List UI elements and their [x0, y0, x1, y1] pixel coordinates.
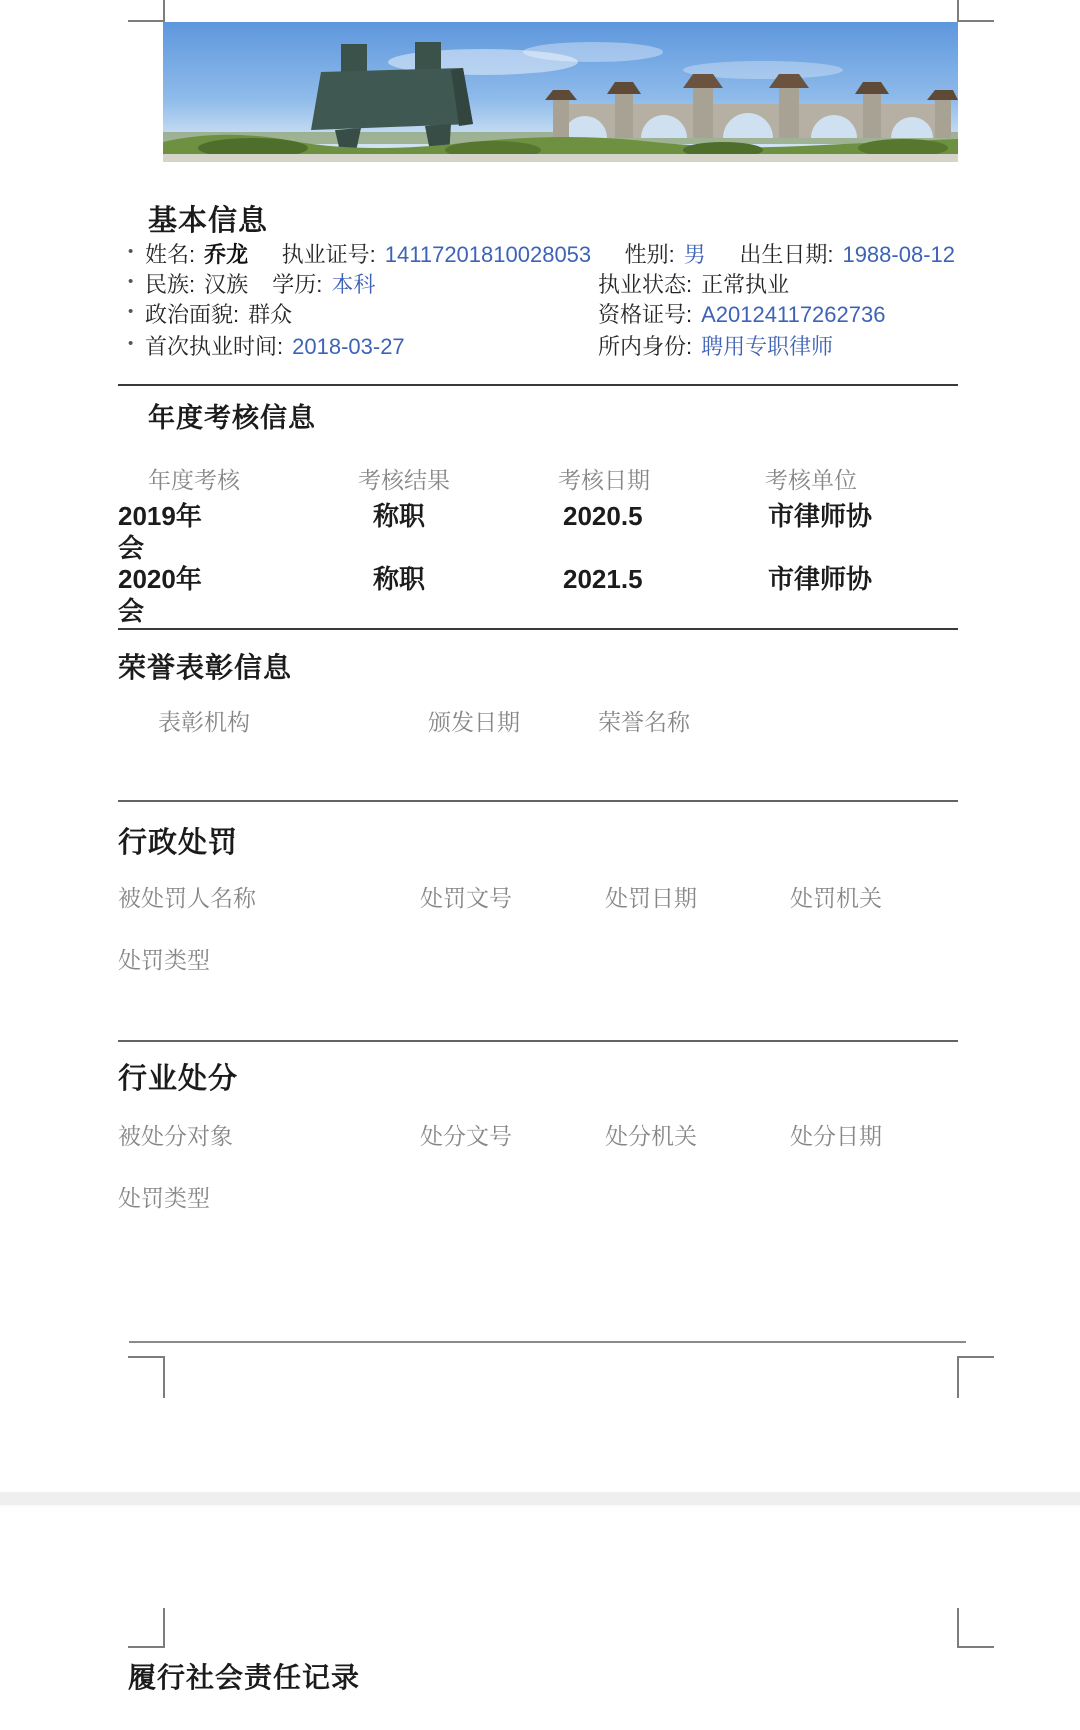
first-practice-value[interactable]: 2018-03-27 — [292, 334, 405, 359]
penalty-header-date: 处罚日期 — [605, 880, 697, 913]
bullet-icon: • — [128, 335, 133, 352]
section-divider — [118, 1040, 958, 1042]
honor-header-date: 颁发日期 — [428, 704, 520, 737]
banner-landscape-illustration — [163, 22, 958, 162]
firm-role-label: 所内身份: — [598, 334, 692, 359]
annual-result-cell: 称职 — [373, 563, 563, 595]
crop-mark-top-left-horizontal — [128, 20, 165, 22]
honor-header-name: 荣誉名称 — [598, 704, 690, 737]
penalty-header-type: 处罚类型 — [118, 942, 210, 975]
qualification-label: 资格证号: — [598, 302, 692, 327]
crop-mark-page2-left-vertical — [163, 1608, 165, 1648]
crop-mark-top-left-vertical — [163, 0, 165, 21]
qualification-field: 资格证号:A20124117262736 — [598, 298, 885, 329]
political-field: 政治面貌:群众 — [145, 298, 292, 329]
section-title-honors: 荣誉表彰信息 — [118, 646, 292, 686]
birth-field: 出生日期:1988-08-12 — [739, 238, 955, 269]
annual-result-cell: 称职 — [373, 500, 563, 532]
section-title-basic-info: 基本信息 — [148, 198, 268, 239]
status-label: 执业状态: — [598, 272, 692, 297]
birth-label: 出生日期: — [739, 242, 833, 267]
birth-value[interactable]: 1988-08-12 — [842, 242, 955, 267]
annual-header-date: 考核日期 — [558, 462, 650, 495]
crop-mark-page2-right-horizontal — [957, 1646, 994, 1648]
firm-role-field: 所内身份:聘用专职律师 — [598, 330, 833, 361]
ethnic-value: 汉族 — [204, 272, 248, 297]
name-field: 姓名:乔龙 — [145, 238, 248, 269]
edu-value[interactable]: 本科 — [331, 272, 375, 297]
section-title-social-responsibility: 履行社会责任记录 — [128, 1656, 360, 1696]
license-field: 执业证号:14117201810028053 — [282, 238, 592, 269]
annual-header-result: 考核结果 — [358, 462, 450, 495]
penalty-header-docno: 处罚文号 — [420, 880, 512, 913]
qualification-value[interactable]: A20124117262736 — [701, 302, 885, 327]
crop-mark-bottom-right-vertical — [957, 1356, 959, 1398]
page-bottom-rule — [129, 1341, 966, 1343]
annual-org-cell: 市律师协 — [768, 501, 872, 531]
bullet-icon: • — [128, 303, 133, 320]
crop-mark-bottom-right-horizontal — [957, 1356, 994, 1358]
annual-header-year: 年度考核 — [148, 462, 240, 495]
penalty-header-target: 被处罚人名称 — [118, 880, 256, 913]
section-title-annual-assessment: 年度考核信息 — [148, 396, 316, 435]
section-divider — [118, 800, 958, 802]
page-separator — [0, 1492, 1080, 1505]
discipline-header-authority: 处分机关 — [605, 1118, 697, 1151]
banner-image — [163, 22, 958, 162]
crop-mark-bottom-left-vertical — [163, 1356, 165, 1398]
gender-label: 性别: — [625, 242, 675, 267]
table-row: 2019年称职2020.5市律师协 会 — [118, 500, 878, 564]
crop-mark-page2-right-vertical — [957, 1608, 959, 1648]
annual-date-cell: 2021.5 — [563, 563, 768, 595]
ethnic-edu-field: 民族:汉族 学历:本科 — [145, 268, 375, 299]
crop-mark-bottom-left-horizontal — [128, 1356, 165, 1358]
section-divider — [118, 384, 958, 386]
edu-label: 学历: — [272, 272, 322, 297]
crop-mark-top-right-vertical — [957, 0, 959, 21]
license-label: 执业证号: — [282, 242, 376, 267]
table-row: 2020年称职2021.5市律师协 会 — [118, 563, 878, 627]
license-value[interactable]: 14117201810028053 — [385, 242, 591, 267]
section-divider — [118, 628, 958, 630]
gender-value[interactable]: 男 — [684, 242, 706, 267]
discipline-header-docno: 处分文号 — [420, 1118, 512, 1151]
honor-header-org: 表彰机构 — [158, 704, 250, 737]
firm-role-value[interactable]: 聘用专职律师 — [701, 334, 833, 359]
name-value: 乔龙 — [204, 242, 248, 267]
bullet-icon: • — [128, 273, 133, 290]
document-page: 基本信息 • 姓名:乔龙 执业证号:14117201810028053 性别:男… — [0, 0, 1080, 1730]
penalty-header-authority: 处罚机关 — [790, 880, 882, 913]
annual-header-org: 考核单位 — [765, 462, 857, 495]
first-practice-field: 首次执业时间:2018-03-27 — [145, 330, 405, 361]
annual-year-cell: 2019年 — [118, 500, 373, 532]
first-practice-label: 首次执业时间: — [145, 334, 283, 359]
bullet-icon: • — [128, 243, 133, 260]
status-field: 执业状态:正常执业 — [598, 268, 789, 299]
name-label: 姓名: — [145, 242, 195, 267]
crop-mark-page2-left-horizontal — [128, 1646, 165, 1648]
section-title-admin-penalty: 行政处罚 — [118, 820, 238, 861]
discipline-header-date: 处分日期 — [790, 1118, 882, 1151]
discipline-header-target: 被处分对象 — [118, 1118, 233, 1151]
status-value: 正常执业 — [701, 272, 789, 297]
basic-info-row-1: 姓名:乔龙 执业证号:14117201810028053 性别:男 出生日期:1… — [145, 238, 955, 269]
annual-org-cell-wrap: 会 — [118, 532, 878, 564]
annual-org-cell: 市律师协 — [768, 564, 872, 594]
crop-mark-top-right-horizontal — [957, 20, 994, 22]
ethnic-label: 民族: — [145, 272, 195, 297]
discipline-header-type: 处罚类型 — [118, 1180, 210, 1213]
annual-year-cell: 2020年 — [118, 563, 373, 595]
annual-date-cell: 2020.5 — [563, 500, 768, 532]
annual-org-cell-wrap: 会 — [118, 595, 878, 627]
political-value: 群众 — [248, 302, 292, 327]
gender-field: 性别:男 — [625, 238, 706, 269]
section-title-discipline: 行业处分 — [118, 1056, 238, 1097]
political-label: 政治面貌: — [145, 302, 239, 327]
